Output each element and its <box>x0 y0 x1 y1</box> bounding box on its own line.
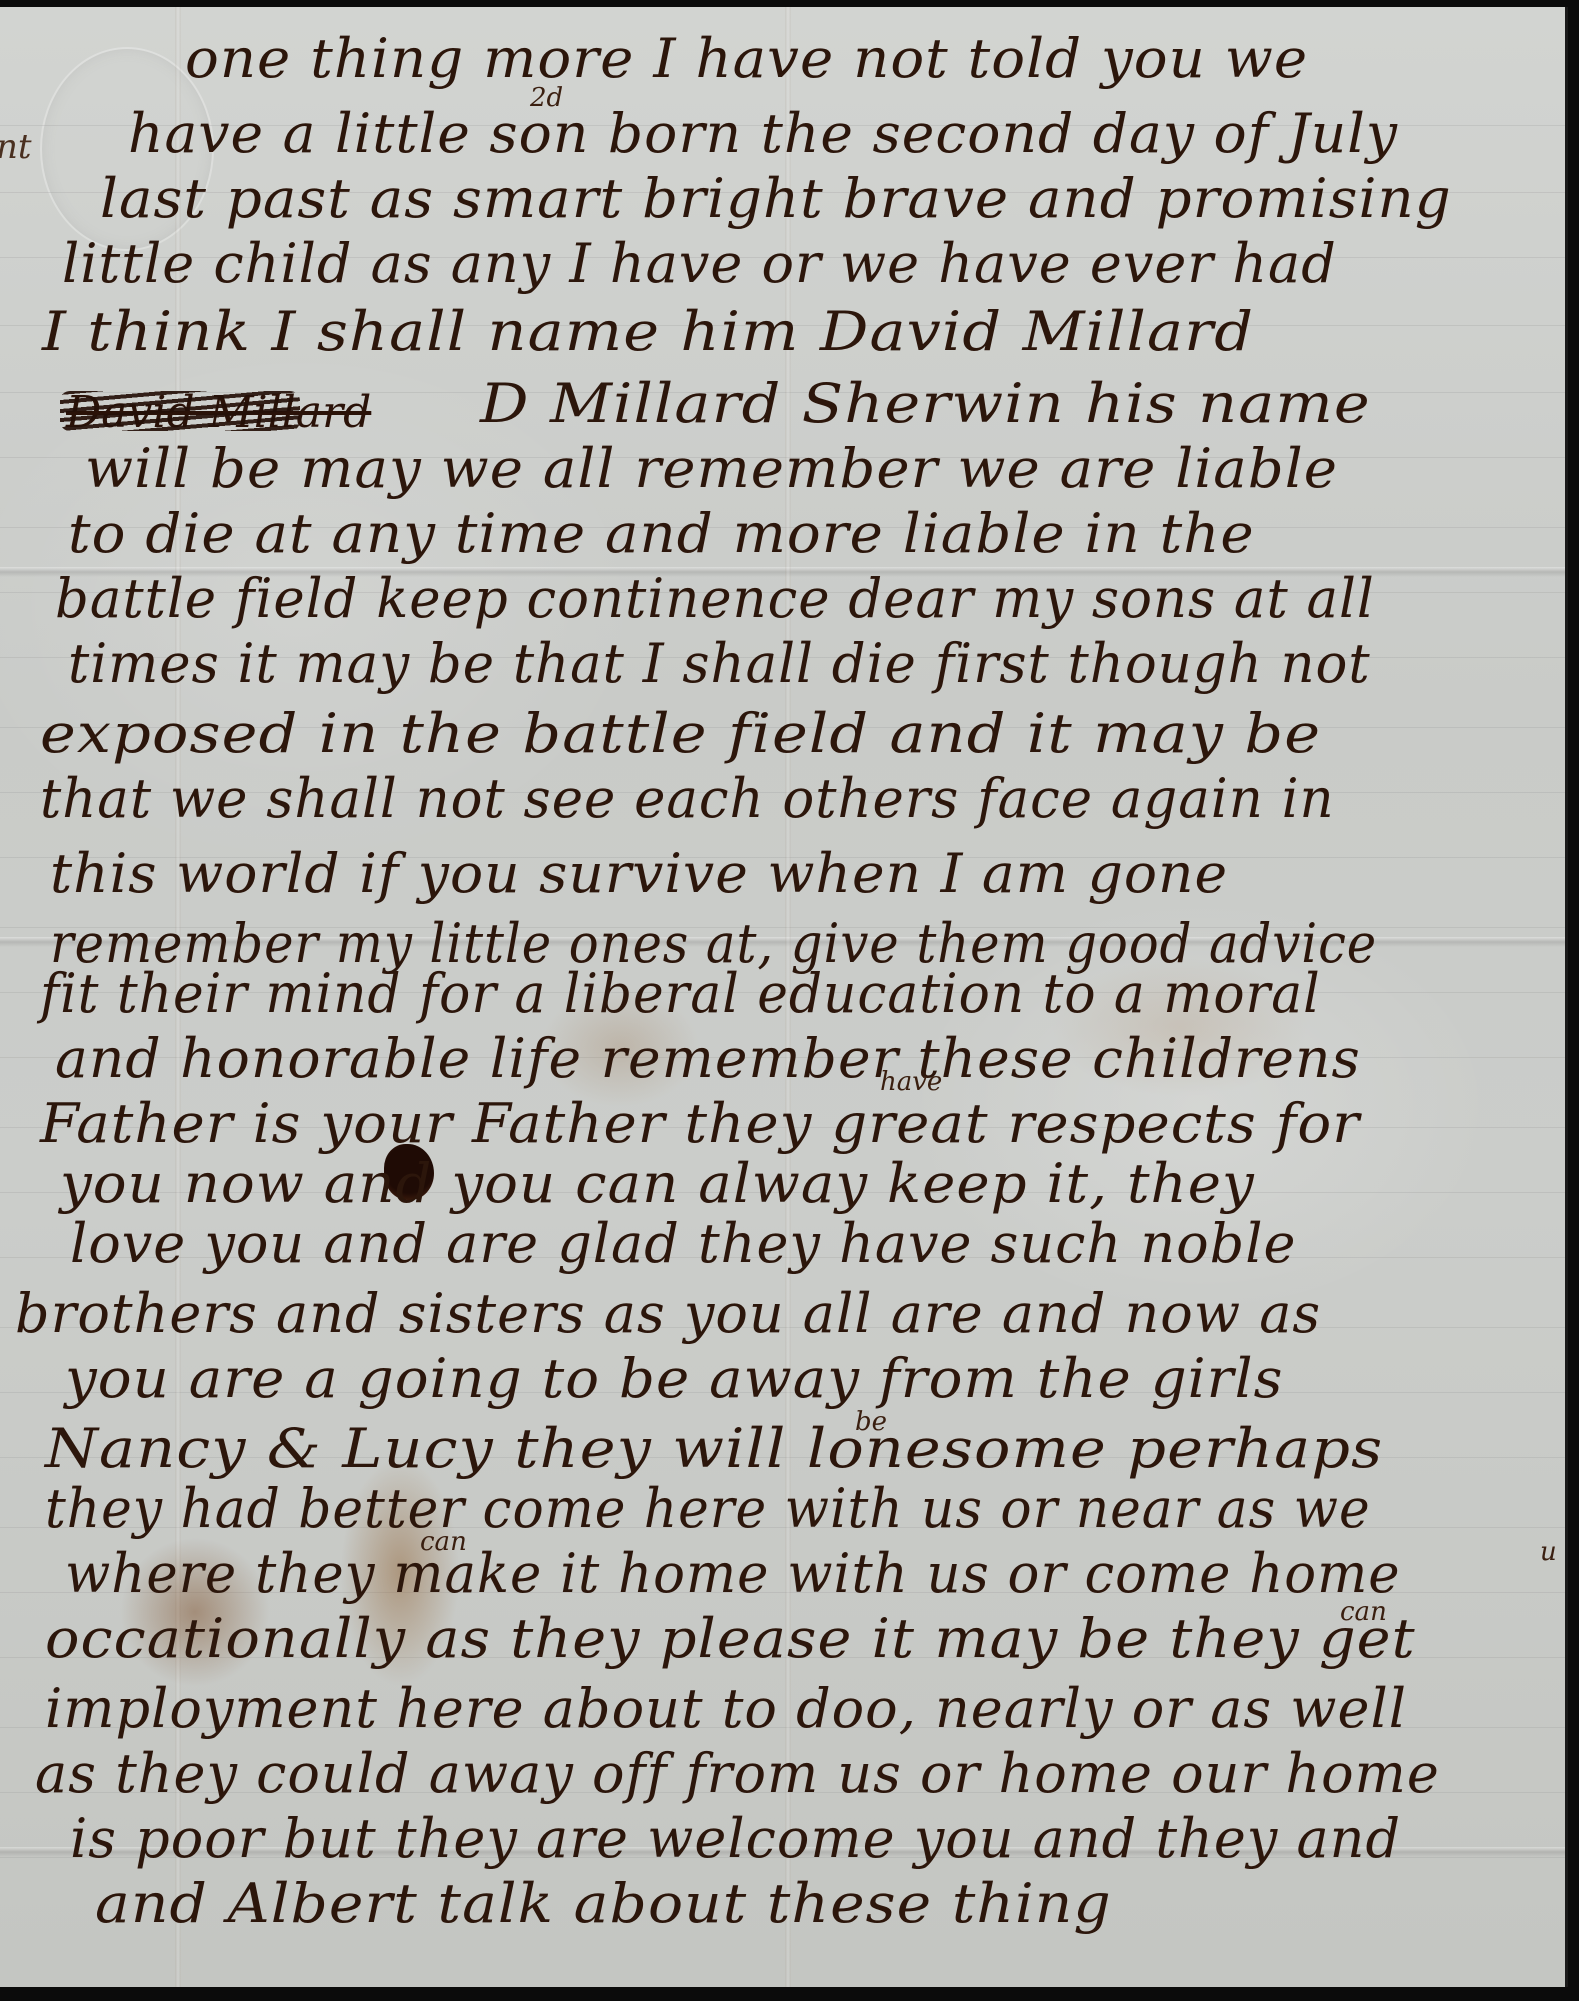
strike-through-scribble <box>60 391 300 431</box>
margin-note: nt <box>0 127 32 167</box>
letter-line-9: battle field keep continence dear my son… <box>55 572 1375 626</box>
letter-line-27: as they could away off from us or home o… <box>35 1747 1440 1801</box>
letter-line-24: where they make it home with us or come … <box>65 1547 1401 1601</box>
letter-line-13: this world if you survive when I am gone <box>50 847 1228 901</box>
letter-line-19: love you and are glad they have such nob… <box>70 1217 1296 1271</box>
letter-line-26: imployment here about to doo, nearly or … <box>45 1682 1407 1736</box>
letter-line-11: exposed in the battle field and it may b… <box>40 707 1321 761</box>
letter-line-29: and Albert talk about these thing <box>95 1877 1112 1931</box>
letter-line-4: little child as any I have or we have ev… <box>62 237 1337 291</box>
letter-line-8: to die at any time and more liable in th… <box>68 507 1255 561</box>
letter-line-1: one thing more I have not told you we <box>185 32 1308 86</box>
letter-line-12: that we shall not see each others face a… <box>40 772 1335 826</box>
letter-line-25: occationally as they please it may be th… <box>45 1612 1416 1666</box>
letter-line-3: last past as smart bright brave and prom… <box>100 172 1452 226</box>
letter-line-16: and honorable life remember these childr… <box>55 1032 1361 1086</box>
letter-line-10: times it may be that I shall die first t… <box>68 637 1371 691</box>
letter-line-5: I think I shall name him David Millard <box>42 305 1254 359</box>
letter-line-6: D Millard Sherwin his name <box>480 377 1371 431</box>
letter-line-20: brothers and sisters as you all are and … <box>15 1287 1321 1341</box>
letter-line-28: is poor but they are welcome you and the… <box>70 1812 1401 1866</box>
letter-line-2: have a little son born the second day of… <box>128 107 1398 161</box>
letter-line-22: Nancy & Lucy they will lonesome perhaps <box>45 1422 1383 1476</box>
insertion-u: u <box>1540 1537 1557 1567</box>
letter-page: nt one thing more I have not told you we… <box>0 7 1568 1987</box>
letter-line-18: you now and you can alway keep it, they <box>60 1157 1255 1211</box>
letter-line-21: you are a going to be away from the girl… <box>65 1352 1283 1406</box>
letter-line-15: fit their mind for a liberal education t… <box>40 967 1321 1021</box>
letter-line-23: they had better come here with us or nea… <box>45 1482 1371 1536</box>
letter-line-17: Father is your Father they great respect… <box>40 1097 1360 1151</box>
letter-line-7: will be may we all remember we are liabl… <box>85 442 1338 496</box>
